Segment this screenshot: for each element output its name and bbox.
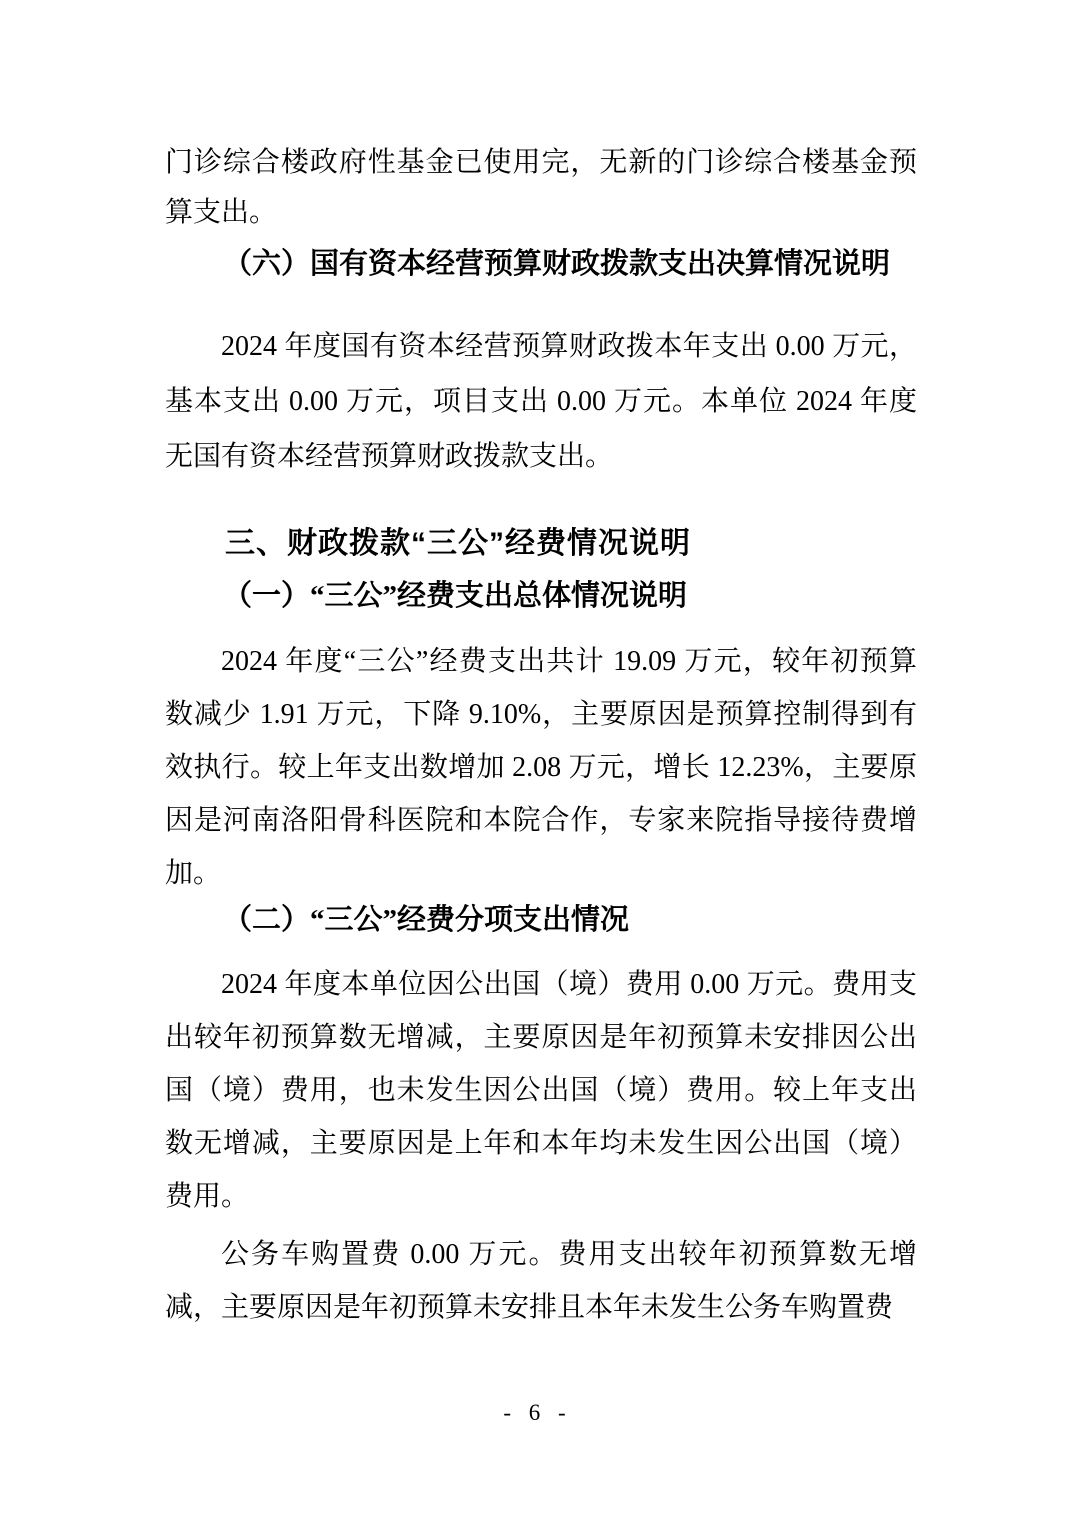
heading-section-3-2: （二）“三公”经费分项支出情况	[165, 894, 917, 947]
paragraph-vehicle-purchase: 公务车购置费 0.00 万元。费用支出较年初预算数无增减，主要原因是年初预算未安…	[165, 1228, 917, 1334]
document-page: 门诊综合楼政府性基金已使用完，无新的门诊综合楼基金预算支出。 （六）国有资本经营…	[0, 0, 1075, 1520]
heading-section-6: （六）国有资本经营预算财政拨款支出决算情况说明	[165, 238, 917, 291]
heading-section-3-1: （一）“三公”经费支出总体情况说明	[165, 570, 917, 623]
heading-section-3: 三、财政拨款“三公”经费情况说明	[165, 517, 917, 570]
paragraph-three-public-overall: 2024 年度“三公”经费支出共计 19.09 万元，较年初预算数减少 1.91…	[165, 635, 917, 900]
paragraph-abroad-expense: 2024 年度本单位因公出国（境）费用 0.00 万元。费用支出较年初预算数无增…	[165, 958, 917, 1223]
page-content: 门诊综合楼政府性基金已使用完，无新的门诊综合楼基金预算支出。 （六）国有资本经营…	[0, 0, 1075, 1334]
paragraph-gov-fund-continuation: 门诊综合楼政府性基金已使用完，无新的门诊综合楼基金预算支出。	[165, 138, 917, 238]
paragraph-state-capital-budget: 2024 年度国有资本经营预算财政拨本年支出 0.00 万元，基本支出 0.00…	[165, 319, 917, 484]
page-number: - 6 -	[0, 1400, 1075, 1426]
